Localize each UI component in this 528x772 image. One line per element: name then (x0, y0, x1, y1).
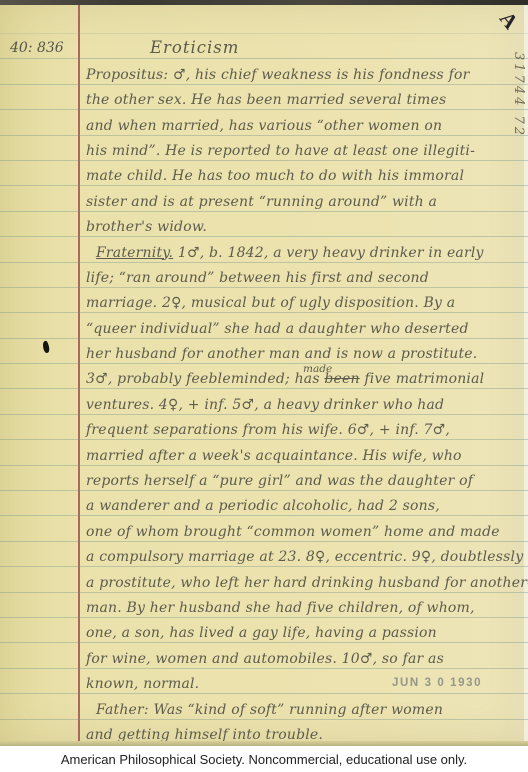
fraternity-heading: Fraternity. (96, 245, 173, 261)
correction-post: five matrimonial (360, 371, 485, 387)
line-text: Fraternity. 1♂, b. 1842, a very heavy dr… (96, 245, 484, 261)
line-text: her husband for another man and is now a… (86, 346, 477, 362)
line-text: one of whom brought “common women” home … (86, 524, 500, 540)
line-text: life; “ran around” between his first and… (86, 270, 429, 286)
line-text: one, a son, has lived a gay life, having… (86, 625, 437, 641)
handwritten-line: sister and is at present “running around… (0, 186, 528, 211)
line-text: “queer individual” she had a daughter wh… (86, 321, 469, 337)
line-text: sister and is at present “running around… (86, 194, 437, 210)
handwritten-line: brother's widow. (0, 212, 528, 237)
handwritten-line: frequent separations from his wife. 6♂, … (0, 415, 528, 440)
line-text: a compulsory marriage at 23. 8♀, eccentr… (86, 549, 523, 565)
inserted-word: made (303, 363, 332, 375)
handwritten-line: for wine, women and automobiles. 10♂, so… (0, 643, 528, 668)
handwritten-line: mate child. He has too much to do with h… (0, 161, 528, 186)
notebook-page: 40: 836 Eroticism Propositus: ♂, his chi… (0, 0, 528, 746)
handwritten-line: man. By her husband she had five childre… (0, 593, 528, 618)
handwritten-line: one, a son, has lived a gay life, having… (0, 618, 528, 643)
handwritten-line: his mind”. He is reported to have at lea… (0, 136, 528, 161)
handwritten-line: “queer individual” she had a daughter wh… (0, 313, 528, 338)
handwritten-line: ventures. 4♀, + inf. 5♂, a heavy drinker… (0, 389, 528, 414)
line-text: marriage. 2♀, musical but of ugly dispos… (86, 295, 455, 311)
line-text: his mind”. He is reported to have at lea… (86, 143, 475, 159)
stamped-line: known, normal. JUN 3 0 1930 (0, 669, 528, 694)
line-text: mate child. He has too much to do with h… (86, 168, 464, 184)
case-number: 40: 836 (10, 40, 64, 56)
line-text: man. By her husband she had five childre… (86, 600, 475, 616)
page-title: Eroticism (150, 38, 239, 57)
handwritten-line: and when married, has various “other wom… (0, 110, 528, 135)
handwritten-line: one of whom brought “common women” home … (0, 516, 528, 541)
archive-caption: American Philosophical Society. Noncomme… (0, 746, 528, 772)
handwritten-line: Propositus: ♂, his chief weakness is his… (0, 59, 528, 84)
document-scan: 40: 836 Eroticism Propositus: ♂, his chi… (0, 0, 528, 772)
fraternity-line: Fraternity. 1♂, b. 1842, a very heavy dr… (0, 237, 528, 262)
line-text: reports herself a “pure girl” and was th… (86, 473, 473, 489)
title-row: 40: 836 Eroticism (0, 34, 528, 59)
line-text: known, normal. (86, 676, 199, 692)
line-text: ventures. 4♀, + inf. 5♂, a heavy drinker… (86, 397, 444, 413)
ruled-lines-area: 40: 836 Eroticism Propositus: ♂, his chi… (0, 33, 528, 745)
line-text: frequent separations from his wife. 6♂, … (86, 422, 450, 438)
handwritten-line: her husband for another man and is now a… (0, 339, 528, 364)
line-text: and when married, has various “other wom… (86, 118, 442, 134)
handwritten-line: a prostitute, who left her hard drinking… (0, 567, 528, 592)
handwritten-line: a wanderer and a periodic alcoholic, had… (0, 491, 528, 516)
line-text: brother's widow. (86, 219, 207, 235)
corner-letter-stamp: A (494, 7, 523, 34)
handwritten-line: a compulsory marriage at 23. 8♀, eccentr… (0, 542, 528, 567)
line-text: the other sex. He has been married sever… (86, 92, 446, 108)
line-text: Propositus: ♂, his chief weakness is his… (86, 67, 470, 83)
line-text: 3♂, probably feebleminded; has been five… (86, 371, 484, 387)
line-text: Father: Was “kind of soft” running after… (96, 702, 443, 718)
handwritten-line: marriage. 2♀, musical but of ugly dispos… (0, 288, 528, 313)
handwritten-line: the other sex. He has been married sever… (0, 85, 528, 110)
correction-pre: 3♂, probably feebleminded; has (86, 371, 324, 387)
line-text: a prostitute, who left her hard drinking… (86, 575, 528, 591)
vertical-file-number: 31744 72 (511, 52, 526, 138)
handwritten-line: Father: Was “kind of soft” running after… (0, 694, 528, 719)
date-stamp: JUN 3 0 1930 (392, 677, 482, 689)
fraternity-rest: 1♂, b. 1842, a very heavy drinker in ear… (173, 245, 483, 261)
line-text: for wine, women and automobiles. 10♂, so… (86, 651, 444, 667)
handwritten-line: reports herself a “pure girl” and was th… (0, 466, 528, 491)
line-text: a wanderer and a periodic alcoholic, had… (86, 498, 440, 514)
handwritten-line: life; “ran around” between his first and… (0, 263, 528, 288)
line-text: married after a week's acquaintance. His… (86, 448, 462, 464)
handwritten-line: married after a week's acquaintance. His… (0, 440, 528, 465)
corrected-line: 3♂, probably feebleminded; has been five… (0, 364, 528, 389)
